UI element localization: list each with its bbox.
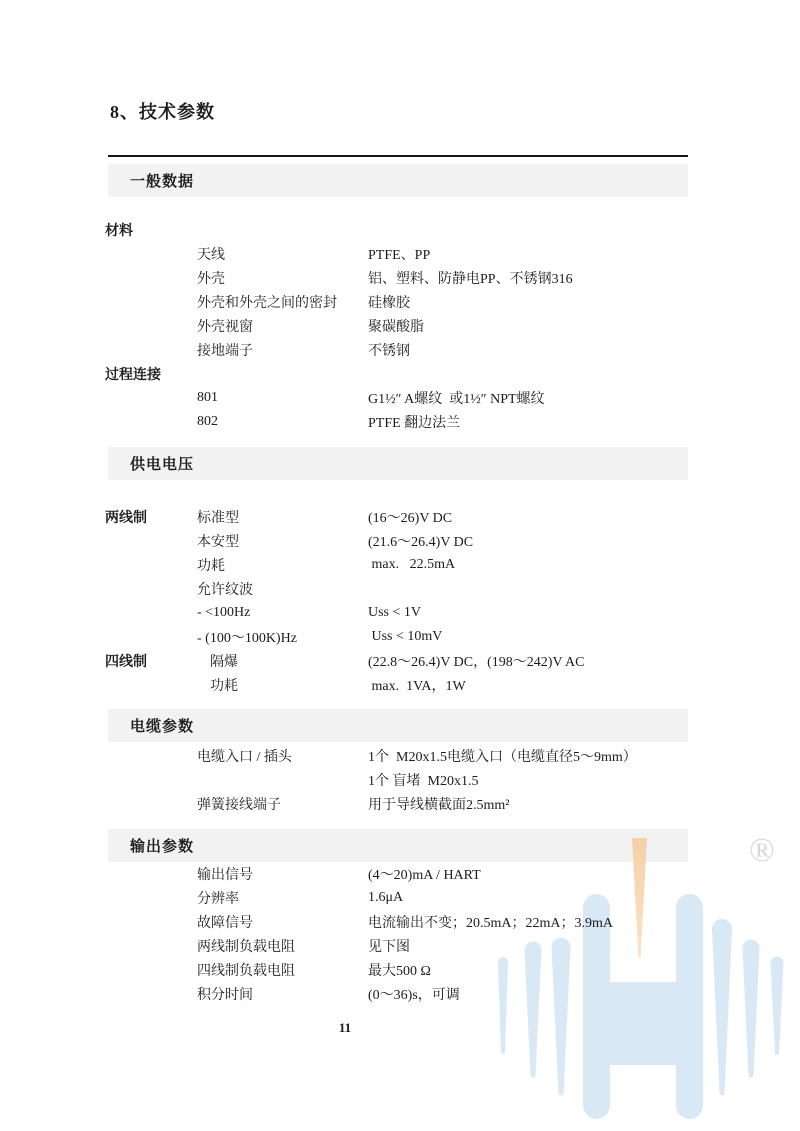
row-label: 接地端子 bbox=[197, 340, 368, 360]
row-label: 两线制负载电阻 bbox=[197, 936, 368, 956]
row-value: max. 1VA，1W bbox=[368, 675, 800, 695]
row-label: 功耗 bbox=[197, 555, 368, 575]
section-heading-label: 一般数据 bbox=[130, 170, 194, 191]
row-value: PTFE 翻边法兰 bbox=[368, 412, 800, 432]
section-heading-general-data: 一般数据 bbox=[108, 164, 688, 197]
section-table-cable-parameters: 电缆入口 / 插头 1个 M20x1.5电缆入口（电缆直径5～9mm） 1个 盲… bbox=[105, 744, 800, 816]
table-row: 电缆入口 / 插头 1个 M20x1.5电缆入口（电缆直径5～9mm） bbox=[105, 744, 800, 768]
row-value: (4～20)mA / HART bbox=[368, 864, 800, 884]
row-value: 铝、塑料、防静电PP、不锈钢316 bbox=[368, 268, 800, 288]
row-group-label: 四线制 bbox=[105, 651, 197, 671]
row-label: - (100～100K)Hz bbox=[197, 627, 368, 647]
row-value: 1个 盲堵 M20x1.5 bbox=[368, 770, 800, 790]
row-group-label: 两线制 bbox=[105, 507, 197, 527]
row-label: 外壳和外壳之间的密封 bbox=[197, 292, 368, 312]
row-value: 1.6μA bbox=[368, 890, 800, 906]
section-heading-supply-voltage: 供电电压 bbox=[108, 447, 688, 480]
row-value: 电流输出不变；20.5mA；22mA；3.9mA bbox=[368, 912, 800, 932]
table-row: - <100Hz Uss < 1V bbox=[105, 601, 800, 625]
row-label: 天线 bbox=[197, 244, 368, 264]
row-label: 功耗 bbox=[210, 675, 368, 695]
row-label: 电缆入口 / 插头 bbox=[197, 746, 368, 766]
section-heading-label: 输出参数 bbox=[130, 835, 194, 856]
section-heading-label: 电缆参数 bbox=[130, 715, 194, 736]
page-number: 11 bbox=[0, 1020, 690, 1036]
row-value: 见下图 bbox=[368, 936, 800, 956]
table-row: 材料 bbox=[105, 218, 800, 242]
section-table-supply-voltage: 两线制 标准型 (16～26)V DC 本安型 (21.6～26.4)V DC … bbox=[105, 505, 800, 697]
row-value: 硅橡胶 bbox=[368, 292, 800, 312]
table-row: 过程连接 bbox=[105, 362, 800, 386]
row-value: Uss < 1V bbox=[368, 605, 800, 621]
document-page: ® 8、技术参数 一般数据 材料 天线 PTFE、PP 外壳 铝、塑料、防静电P… bbox=[0, 0, 800, 1131]
row-value: 最大500 Ω bbox=[368, 960, 800, 980]
row-label: 允许纹波 bbox=[197, 579, 368, 599]
table-row: 两线制负载电阻 见下图 bbox=[105, 934, 800, 958]
page-title: 8、技术参数 bbox=[110, 100, 800, 124]
row-value: (0～36)s，可调 bbox=[368, 984, 800, 1004]
row-value: Uss < 10mV bbox=[368, 629, 800, 645]
row-value: (21.6～26.4)V DC bbox=[368, 531, 800, 551]
row-value: max. 22.5mA bbox=[368, 557, 800, 573]
row-label: 801 bbox=[197, 390, 368, 406]
section-table-general-data: 材料 天线 PTFE、PP 外壳 铝、塑料、防静电PP、不锈钢316 外壳和外壳… bbox=[105, 218, 800, 434]
table-row: 天线 PTFE、PP bbox=[105, 242, 800, 266]
table-row: 分辨率 1.6μA bbox=[105, 886, 800, 910]
row-group-label: 材料 bbox=[105, 220, 197, 240]
row-label: 本安型 bbox=[197, 531, 368, 551]
table-row: 1个 盲堵 M20x1.5 bbox=[105, 768, 800, 792]
row-label: 弹簧接线端子 bbox=[197, 794, 368, 814]
table-row: 接地端子 不锈钢 bbox=[105, 338, 800, 362]
table-row: 本安型 (21.6～26.4)V DC bbox=[105, 529, 800, 553]
table-row: 外壳 铝、塑料、防静电PP、不锈钢316 bbox=[105, 266, 800, 290]
table-row: 外壳和外壳之间的密封 硅橡胶 bbox=[105, 290, 800, 314]
row-value: PTFE、PP bbox=[368, 244, 800, 264]
document-content: 8、技术参数 一般数据 材料 天线 PTFE、PP 外壳 铝、塑料、防静电PP、… bbox=[0, 100, 800, 1036]
table-row: 802 PTFE 翻边法兰 bbox=[105, 410, 800, 434]
row-value: G1½″ A螺纹 或1½″ NPT螺纹 bbox=[368, 388, 800, 408]
table-row: 功耗 max. 22.5mA bbox=[105, 553, 800, 577]
table-row: 四线制负载电阻 最大500 Ω bbox=[105, 958, 800, 982]
table-row: 允许纹波 bbox=[105, 577, 800, 601]
row-label: 输出信号 bbox=[197, 864, 368, 884]
row-value: 1个 M20x1.5电缆入口（电缆直径5～9mm） bbox=[368, 746, 800, 766]
row-value: (22.8～26.4)V DC，(198～242)V AC bbox=[368, 651, 800, 671]
row-label: 802 bbox=[197, 414, 368, 430]
row-label: 标准型 bbox=[197, 507, 368, 527]
row-value: 不锈钢 bbox=[368, 340, 800, 360]
section-heading-cable-parameters: 电缆参数 bbox=[108, 709, 688, 742]
row-value: 用于导线横截面2.5mm² bbox=[368, 794, 800, 814]
row-value: (16～26)V DC bbox=[368, 507, 800, 527]
row-label: 积分时间 bbox=[197, 984, 368, 1004]
row-label: - <100Hz bbox=[197, 605, 368, 621]
table-row: 外壳视窗 聚碳酸脂 bbox=[105, 314, 800, 338]
row-label: 故障信号 bbox=[197, 912, 368, 932]
table-row: 两线制 标准型 (16～26)V DC bbox=[105, 505, 800, 529]
row-label: 外壳视窗 bbox=[197, 316, 368, 336]
table-row: 弹簧接线端子 用于导线横截面2.5mm² bbox=[105, 792, 800, 816]
row-label: 隔爆 bbox=[210, 651, 368, 671]
table-row: - (100～100K)Hz Uss < 10mV bbox=[105, 625, 800, 649]
table-row: 故障信号 电流输出不变；20.5mA；22mA；3.9mA bbox=[105, 910, 800, 934]
table-row: 801 G1½″ A螺纹 或1½″ NPT螺纹 bbox=[105, 386, 800, 410]
table-row: 积分时间 (0～36)s，可调 bbox=[105, 982, 800, 1006]
table-row: 功耗 max. 1VA，1W bbox=[105, 673, 800, 697]
horizontal-rule bbox=[108, 155, 688, 157]
row-value: 聚碳酸脂 bbox=[368, 316, 800, 336]
row-group-label: 过程连接 bbox=[105, 364, 197, 384]
section-heading-output-parameters: 输出参数 bbox=[108, 829, 688, 862]
table-row: 四线制 隔爆 (22.8～26.4)V DC，(198～242)V AC bbox=[105, 649, 800, 673]
row-label: 四线制负载电阻 bbox=[197, 960, 368, 980]
section-heading-label: 供电电压 bbox=[130, 453, 194, 474]
row-label: 外壳 bbox=[197, 268, 368, 288]
row-label: 分辨率 bbox=[197, 888, 368, 908]
table-row: 输出信号 (4～20)mA / HART bbox=[105, 862, 800, 886]
section-table-output-parameters: 输出信号 (4～20)mA / HART 分辨率 1.6μA 故障信号 电流输出… bbox=[105, 862, 800, 1006]
